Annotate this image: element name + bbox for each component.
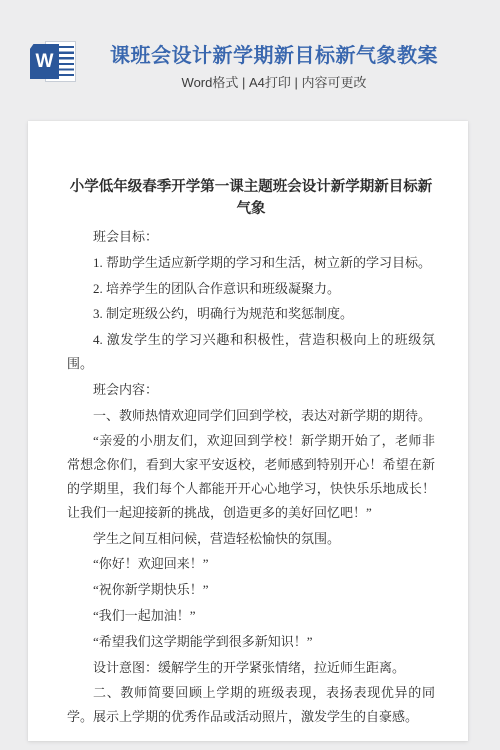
- doc-paragraph: “亲爱的小朋友们，欢迎回到学校！新学期开始了，老师非常想念你们，看到大家平安返校…: [67, 429, 435, 524]
- page-background: W 课班会设计新学期新目标新气象教案 Word格式 | A4打印 | 内容可更改…: [0, 0, 500, 750]
- doc-paragraph: “你好！欢迎回来！”: [67, 552, 435, 576]
- header-text-block: 课班会设计新学期新目标新气象教案 Word格式 | A4打印 | 内容可更改: [58, 42, 490, 92]
- doc-paragraph: 1. 帮助学生适应新学期的学习和生活，树立新的学习目标。: [67, 251, 435, 275]
- format-meta-line: Word格式 | A4打印 | 内容可更改: [58, 74, 490, 92]
- doc-paragraph: 2. 培养学生的团队合作意识和班级凝聚力。: [67, 277, 435, 301]
- word-icon-cover: W: [30, 44, 59, 79]
- doc-paragraph: 班会目标：: [67, 225, 435, 249]
- header: W 课班会设计新学期新目标新气象教案 Word格式 | A4打印 | 内容可更改: [0, 0, 500, 121]
- word-icon-letter: W: [36, 52, 54, 71]
- doc-paragraph: 学生之间互相问候，营造轻松愉快的氛围。: [67, 527, 435, 551]
- doc-paragraph: 3. 制定班级公约，明确行为规范和奖惩制度。: [67, 302, 435, 326]
- page-title: 课班会设计新学期新目标新气象教案: [58, 42, 490, 70]
- doc-paragraph: “希望我们这学期能学到很多新知识！”: [67, 630, 435, 654]
- doc-paragraph: 设计意图：缓解学生的开学紧张情绪，拉近师生距离。: [67, 656, 435, 680]
- doc-paragraph: “祝你新学期快乐！”: [67, 578, 435, 602]
- document-content: 小学低年级春季开学第一课主题班会设计新学期新目标新气象 班会目标： 1. 帮助学…: [67, 176, 435, 741]
- doc-paragraph: 4. 激发学生的学习兴趣和积极性，营造积极向上的班级氛围。: [67, 328, 435, 376]
- doc-paragraph: “我们一起加油！”: [67, 604, 435, 628]
- doc-paragraph: 一、教师热情欢迎同学们回到学校，表达对新学期的期待。: [67, 404, 435, 428]
- doc-body: 班会目标： 1. 帮助学生适应新学期的学习和生活，树立新的学习目标。 2. 培养…: [67, 225, 435, 729]
- doc-paragraph: 二、教师简要回顾上学期的班级表现，表扬表现优异的同学。展示上学期的优秀作品或活动…: [67, 681, 435, 729]
- document-preview-sheet: 小学低年级春季开学第一课主题班会设计新学期新目标新气象 班会目标： 1. 帮助学…: [28, 121, 468, 741]
- doc-heading: 小学低年级春季开学第一课主题班会设计新学期新目标新气象: [67, 176, 435, 220]
- doc-paragraph: 班会内容：: [67, 378, 435, 402]
